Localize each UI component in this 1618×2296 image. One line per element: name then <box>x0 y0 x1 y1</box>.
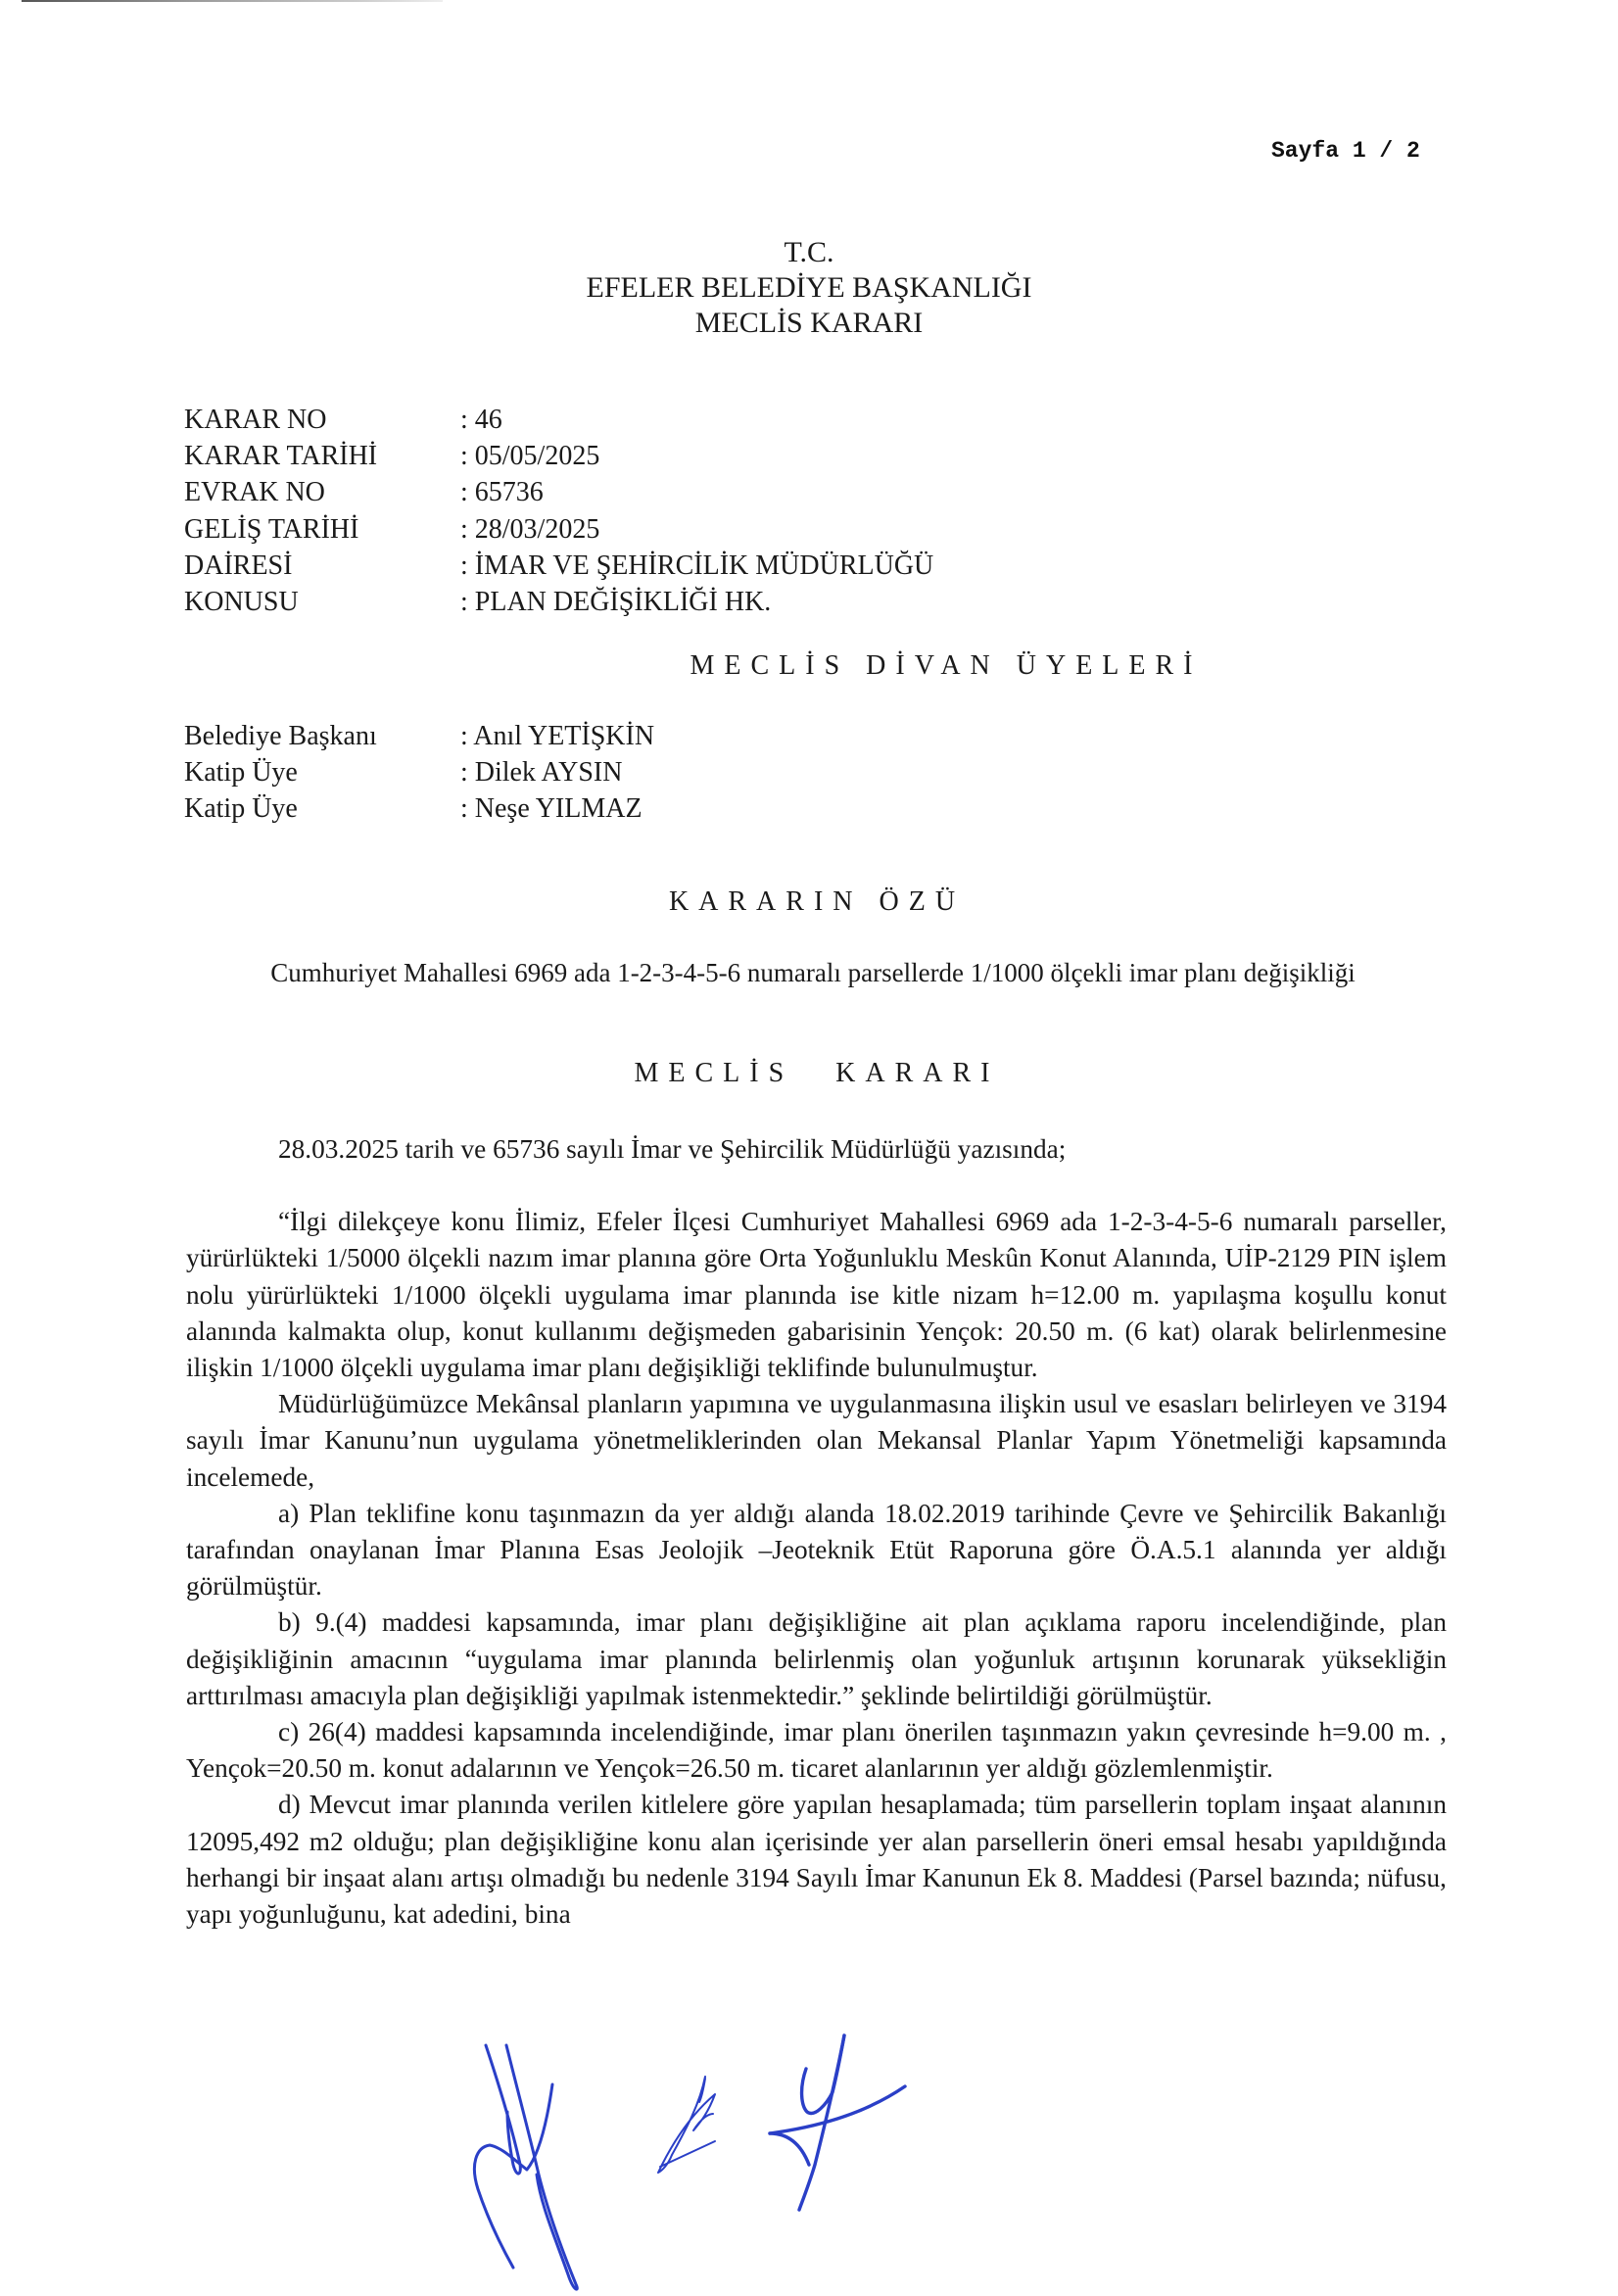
member-row: Katip Üye: Neşe YILMAZ <box>184 790 654 827</box>
meta-row: DAİRESİ: İMAR VE ŞEHİRCİLİK MÜDÜRLÜĞÜ <box>184 548 933 584</box>
body-paragraph-a: a) Plan teklifine konu taşınmazın da yer… <box>186 1496 1447 1605</box>
body-paragraph-d: d) Mevcut imar planında verilen kitleler… <box>186 1787 1447 1933</box>
member-row: Katip Üye: Dilek AYSIN <box>184 754 654 790</box>
body-paragraph: “İlgi dilekçeye konu İlimiz, Efeler İlçe… <box>186 1204 1447 1386</box>
meta-row: KARAR TARİHİ: 05/05/2025 <box>184 438 933 474</box>
decision-metadata: KARAR NO: 46 KARAR TARİHİ: 05/05/2025 EV… <box>184 402 933 620</box>
intro-paragraph: 28.03.2025 tarih ve 65736 sayılı İmar ve… <box>186 1131 1447 1168</box>
summary-text: Cumhuriyet Mahallesi 6969 ada 1-2-3-4-5-… <box>225 955 1401 991</box>
divan-title: MECLİS DİVAN ÜYELERİ <box>137 650 1618 682</box>
body-paragraph: Müdürlüğümüzce Mekânsal planların yapımı… <box>186 1386 1447 1496</box>
decision-body: 28.03.2025 tarih ve 65736 sayılı İmar ve… <box>186 1131 1447 1933</box>
summary-title: KARARIN ÖZÜ <box>8 886 1618 918</box>
body-paragraph-b: b) 9.(4) maddesi kapsamında, imar planı … <box>186 1604 1447 1714</box>
signature-mayor <box>474 2045 577 2289</box>
header-tc: T.C. <box>0 235 1618 270</box>
meta-row: EVRAK NO: 65736 <box>184 474 933 510</box>
document-header: T.C. EFELER BELEDİYE BAŞKANLIĞI MECLİS K… <box>0 235 1618 341</box>
divan-members: Belediye Başkanı: Anıl YETİŞKİN Katip Üy… <box>184 718 654 827</box>
signature-strokes <box>441 2018 1126 2296</box>
signature-clerk-2 <box>770 2035 905 2210</box>
decision-title: MECLİS KARARI <box>8 1058 1618 1089</box>
page-indicator: Sayfa 1 / 2 <box>1271 138 1420 164</box>
meta-row: KARAR NO: 46 <box>184 402 933 438</box>
meta-row: GELİŞ TARİHİ: 28/03/2025 <box>184 511 933 548</box>
meta-row: KONUSU: PLAN DEĞİŞİKLİĞİ HK. <box>184 584 933 620</box>
scan-edge-line <box>22 0 443 2</box>
member-row: Belediye Başkanı: Anıl YETİŞKİN <box>184 718 654 754</box>
header-institution: EFELER BELEDİYE BAŞKANLIĞI <box>0 270 1618 306</box>
signatures <box>441 2018 1126 2296</box>
header-doc-type: MECLİS KARARI <box>0 306 1618 341</box>
signature-clerk-1 <box>658 2077 715 2173</box>
body-paragraph-c: c) 26(4) maddesi kapsamında incelendiğin… <box>186 1714 1447 1787</box>
